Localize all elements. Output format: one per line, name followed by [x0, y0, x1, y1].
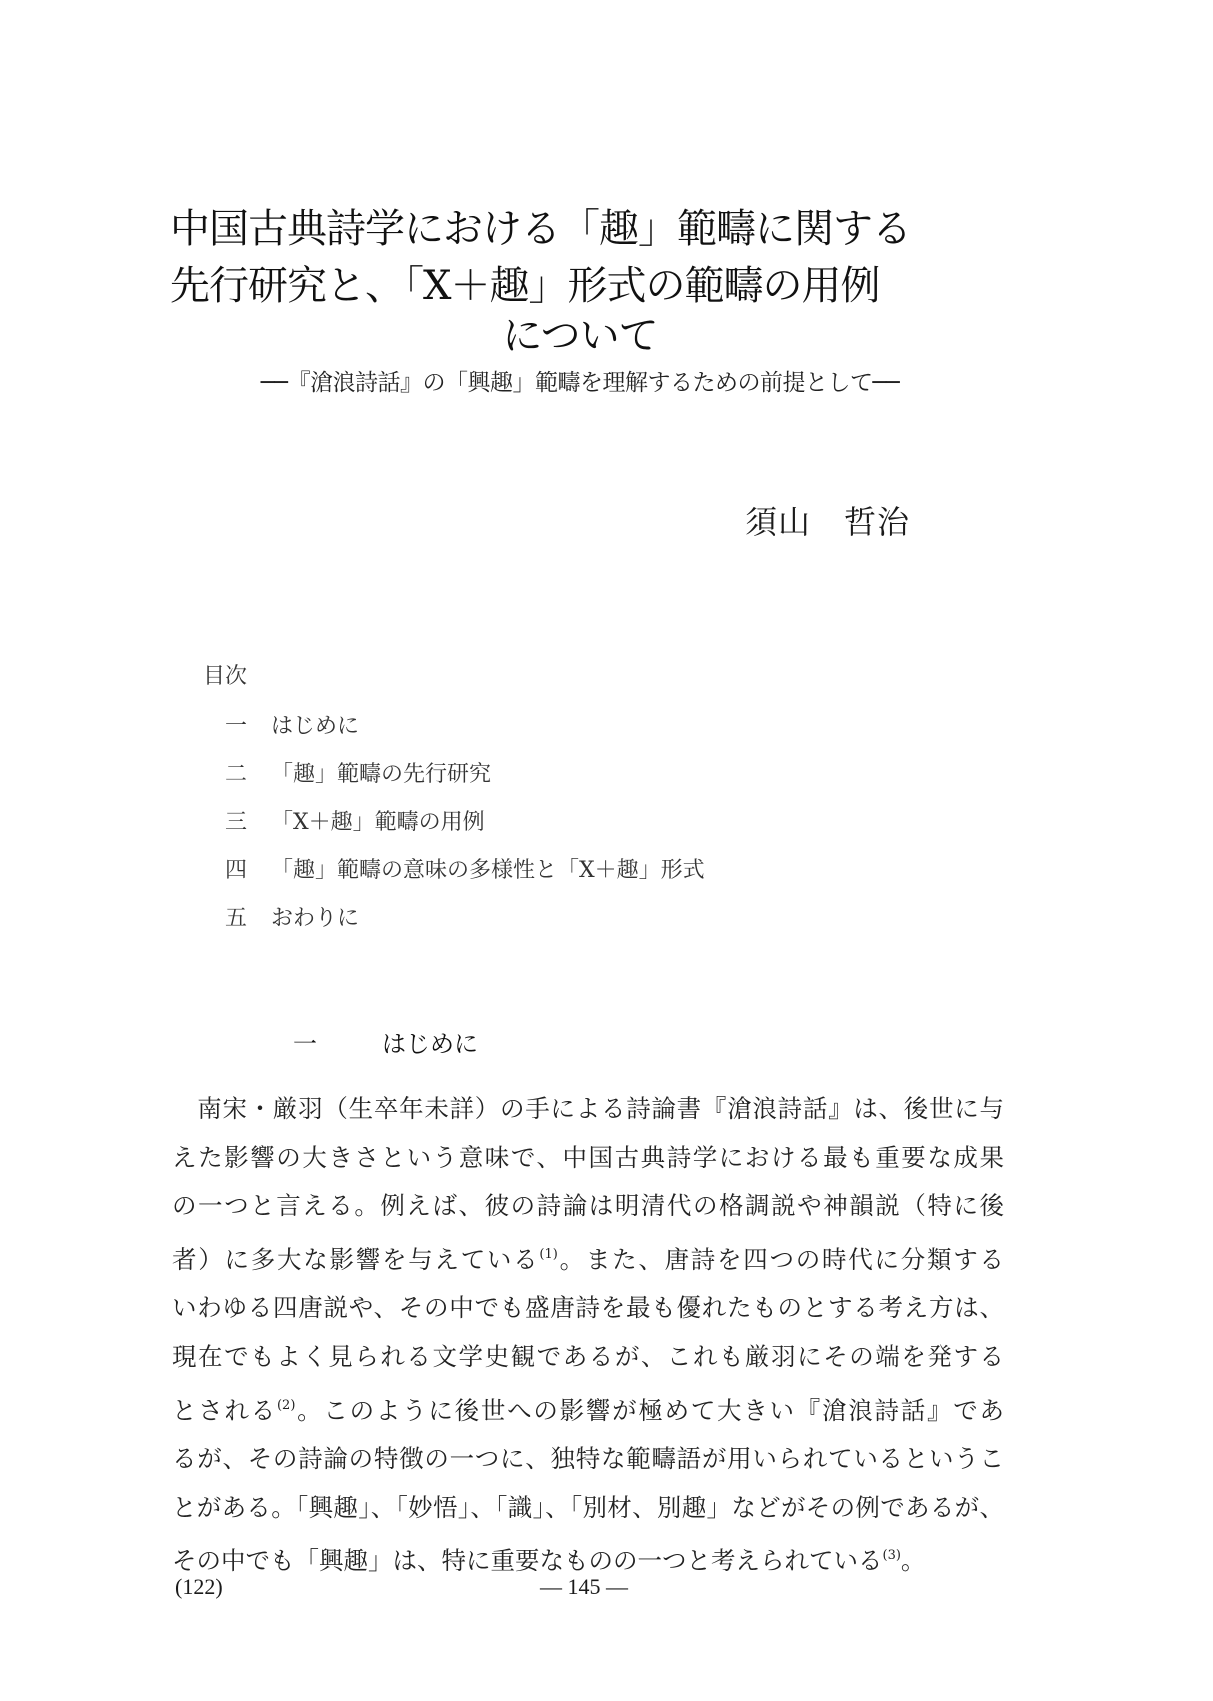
- title-line-1: 中国古典詩学における「趣」範疇に関する: [170, 205, 990, 253]
- toc-item: 五おわりに: [225, 904, 359, 934]
- toc-item-number: 四: [225, 856, 271, 886]
- toc-item-label: はじめに: [271, 714, 359, 739]
- title-line-2: 先行研究と、「X＋趣」形式の範疇の用例: [170, 262, 990, 310]
- body-line: の一つと言える。例えば、彼の詩論は明清代の格調説や神韻説（特に後: [172, 1182, 1004, 1231]
- body-line: とがある。「興趣」、「妙悟」、「識」、「別材、別趣」などがその例であるが、: [172, 1484, 1004, 1533]
- toc-item-number: 一: [225, 712, 271, 742]
- toc-item-label: 「趣」範疇の意味の多様性と「X＋趣」形式: [271, 858, 705, 883]
- body-paragraph: 南宋・厳羽（生卒年未詳）の手による詩論書『滄浪詩話』は、後世に与 えた影響の大き…: [172, 1085, 1004, 1586]
- subtitle: ──『滄浪詩話』の「興趣」範疇を理解するための前提として──: [170, 368, 990, 398]
- section-heading: 一はじめに: [293, 1028, 478, 1060]
- toc-item: 三「X＋趣」範疇の用例: [225, 808, 485, 838]
- toc-heading: 目次: [203, 662, 247, 692]
- section-number: 一: [293, 1028, 382, 1060]
- toc-item-label: おわりに: [271, 906, 359, 931]
- toc-item-label: 「趣」範疇の先行研究: [271, 762, 491, 787]
- footnote-ref[interactable]: (2): [277, 1398, 295, 1413]
- body-line: るが、その詩論の特徴の一つに、独特な範疇語が用いられているというこ: [172, 1435, 1004, 1484]
- footnote-ref[interactable]: (1): [539, 1247, 557, 1262]
- toc-item-number: 五: [225, 904, 271, 934]
- body-line: いわゆる四唐説や、その中でも盛唐詩を最も優れたものとする考え方は、: [172, 1284, 1004, 1333]
- toc-item: 二「趣」範疇の先行研究: [225, 760, 491, 790]
- toc-item-label: 「X＋趣」範疇の用例: [271, 810, 485, 835]
- toc-item: 一はじめに: [225, 712, 359, 742]
- body-line: とされる(2)。このように後世への影響が極めて大きい『滄浪詩話』であ: [172, 1382, 1004, 1436]
- body-line: 南宋・厳羽（生卒年未詳）の手による詩論書『滄浪詩話』は、後世に与: [172, 1085, 1004, 1134]
- body-line: 現在でもよく見られる文学史観であるが、これも厳羽にその端を発する: [172, 1333, 1004, 1382]
- title-line-3: について: [170, 312, 990, 360]
- author-name: 須山 哲治: [745, 502, 910, 542]
- section-title: はじめに: [382, 1030, 478, 1058]
- body-line: えた影響の大きさという意味で、中国古典詩学における最も重要な成果: [172, 1134, 1004, 1183]
- body-line: 者）に多大な影響を与えている(1)。また、唐詩を四つの時代に分類する: [172, 1231, 1004, 1285]
- page-number: — 145 —: [540, 1572, 628, 1602]
- journal-page-number: (122): [175, 1572, 223, 1602]
- toc-item: 四「趣」範疇の意味の多様性と「X＋趣」形式: [225, 856, 705, 886]
- toc-item-number: 二: [225, 760, 271, 790]
- toc-item-number: 三: [225, 808, 271, 838]
- footnote-ref[interactable]: (3): [883, 1548, 901, 1563]
